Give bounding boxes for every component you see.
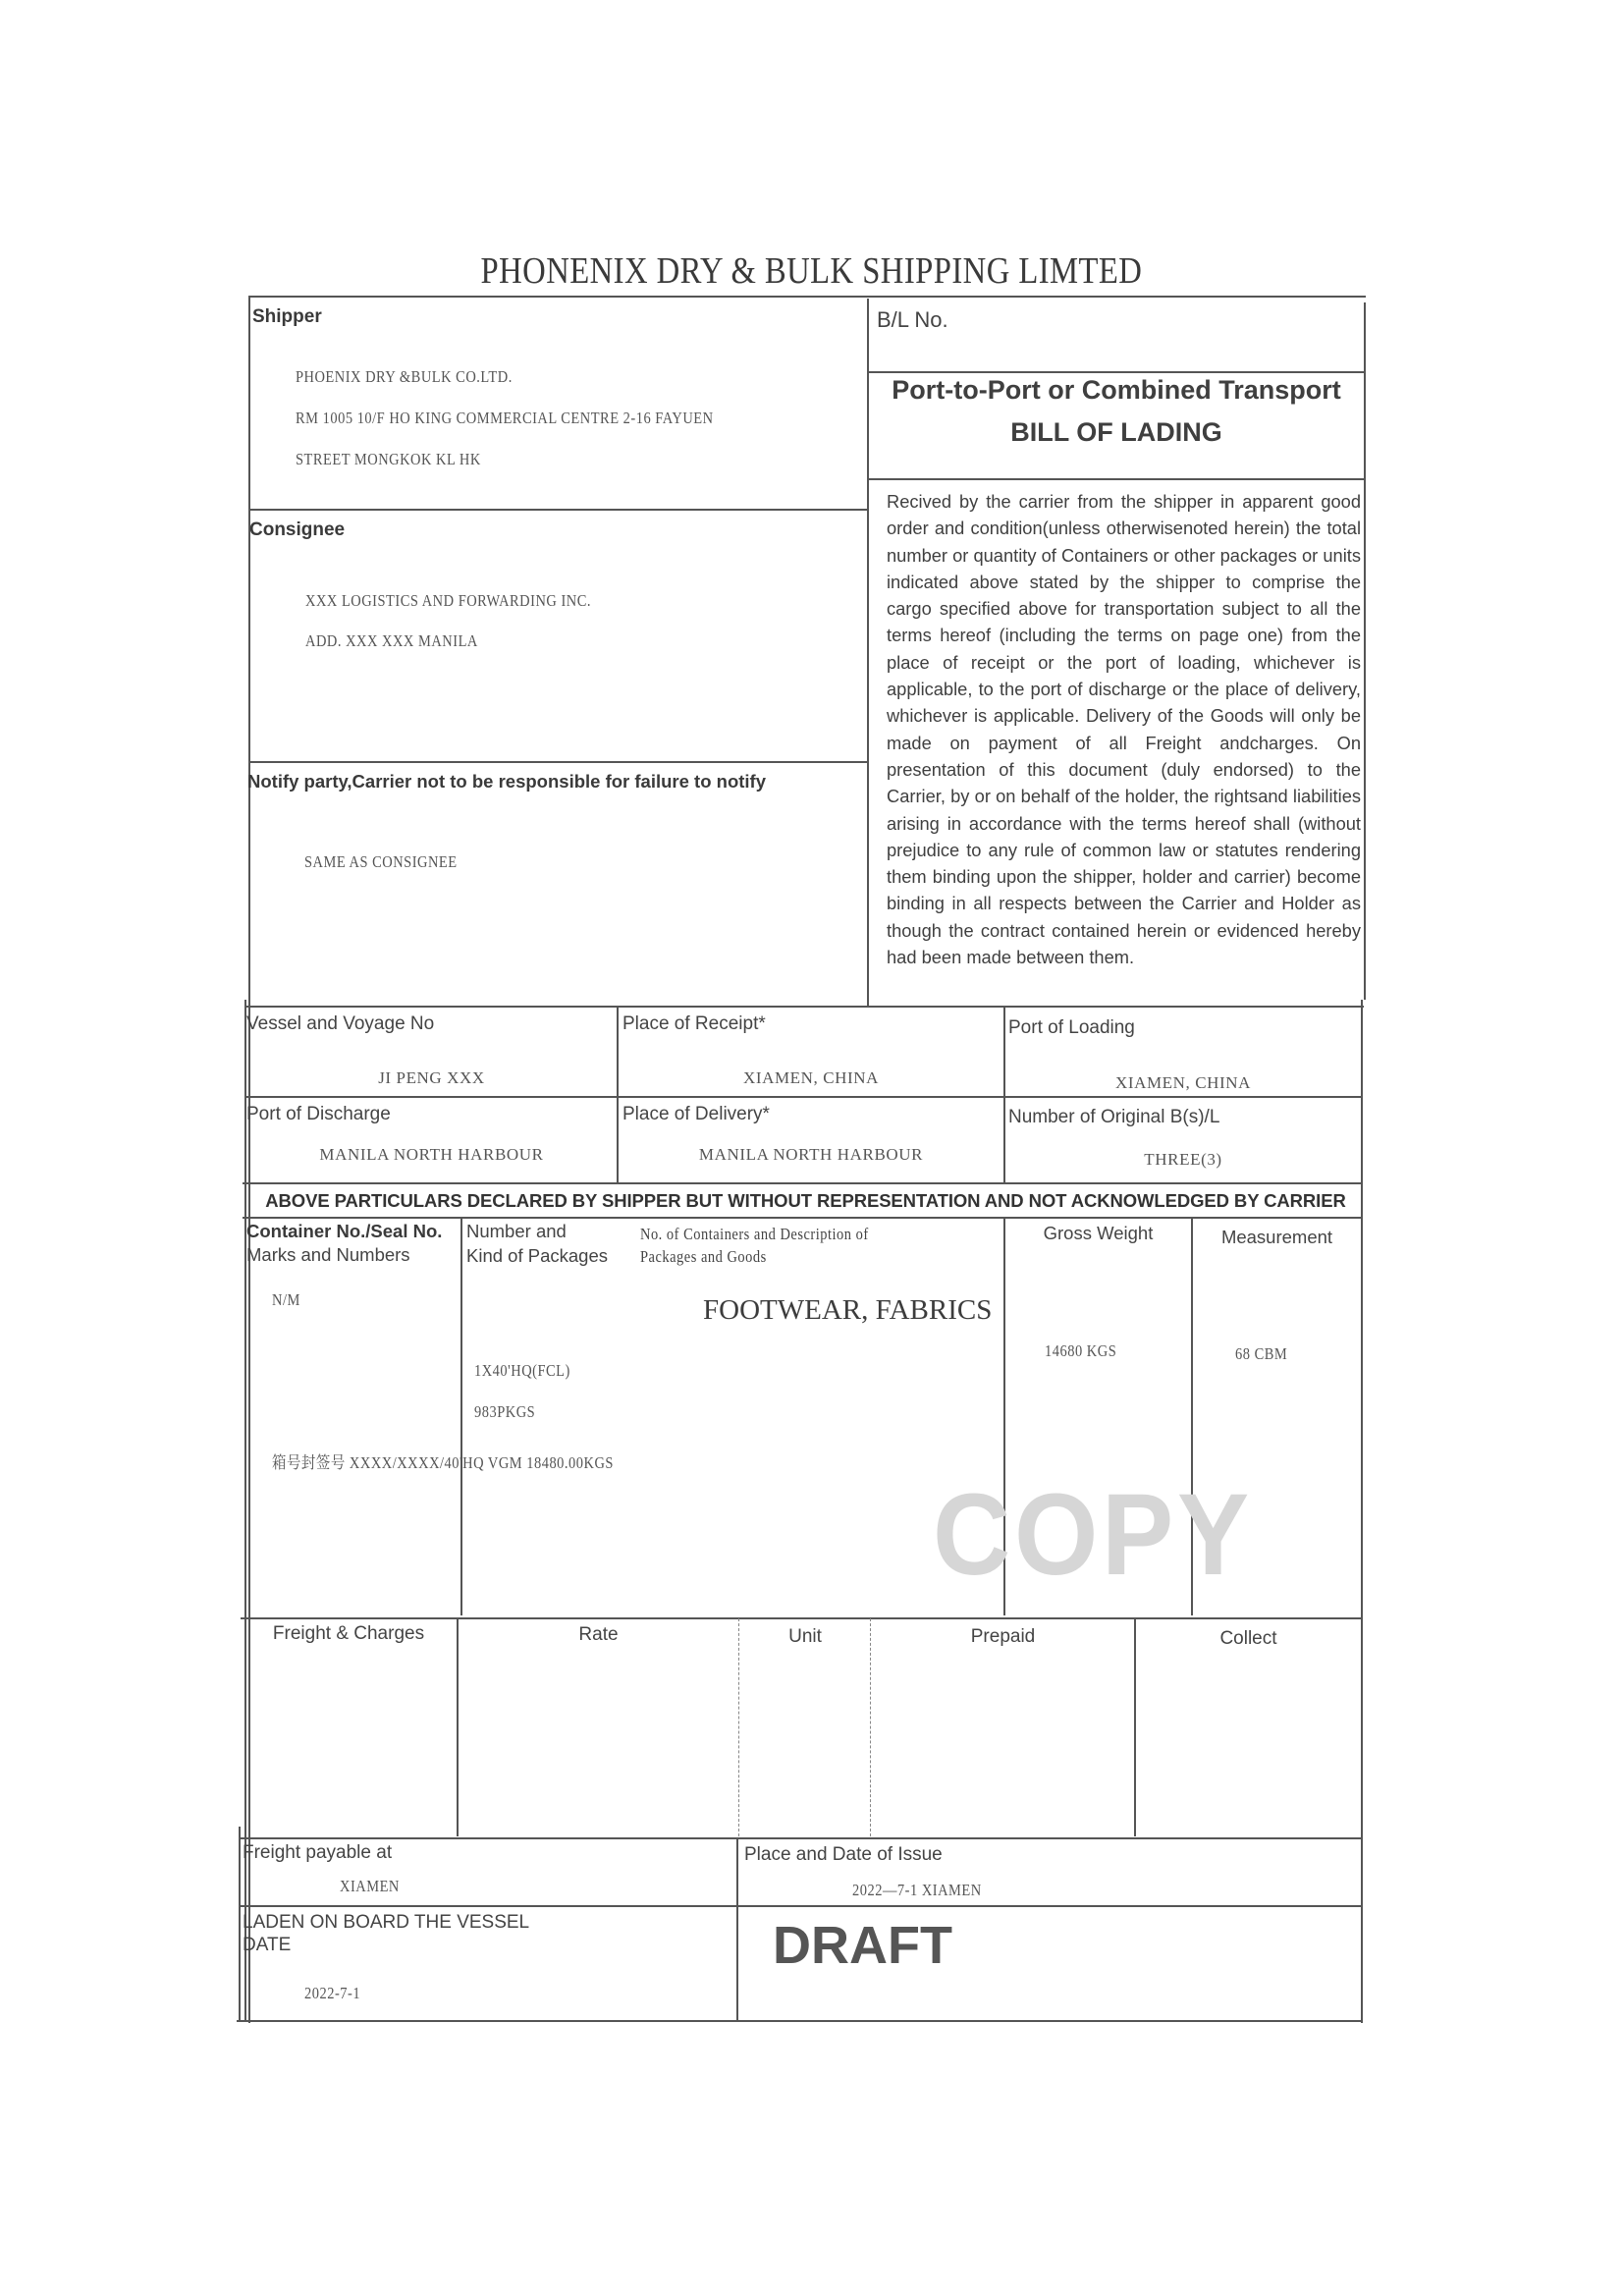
- freight-payable-value: XIAMEN: [340, 1877, 400, 1896]
- unit-header: Unit: [740, 1626, 870, 1648]
- prepaid-header: Prepaid: [872, 1626, 1134, 1648]
- container-quantity: 1X40'HQ(FCL): [474, 1361, 570, 1381]
- port-of-discharge-value: MANILA NORTH HARBOUR: [246, 1145, 617, 1165]
- place-of-delivery-label: Place of Delivery*: [622, 1104, 770, 1125]
- container-seal-line: 箱号封签号 XXXX/XXXX/40'HQ VGM 18480.00KGS: [272, 1449, 614, 1473]
- container-header-line-2: Marks and Numbers: [246, 1244, 410, 1266]
- place-of-receipt-label: Place of Receipt*: [622, 1013, 766, 1035]
- issue-value: 2022—7-1 XIAMEN: [852, 1881, 982, 1900]
- notify-party-label: Notify party,Carrier not to be responsib…: [247, 771, 766, 793]
- consignee-address: ADD. XXX XXX MANILA: [305, 631, 478, 651]
- particulars-notice: ABOVE PARTICULARS DECLARED BY SHIPPER BU…: [248, 1190, 1363, 1212]
- place-of-delivery-value: MANILA NORTH HARBOUR: [619, 1145, 1003, 1165]
- freight-charges-header: Freight & Charges: [241, 1623, 457, 1645]
- original-bls-label: Number of Original B(s)/L: [1008, 1107, 1219, 1128]
- draft-stamp: DRAFT: [773, 1915, 952, 1976]
- goods-description: FOOTWEAR, FABRICS: [703, 1294, 992, 1327]
- bill-of-lading-heading: BILL OF LADING: [870, 417, 1363, 448]
- shipper-address-line-1: RM 1005 10/F HO KING COMMERCIAL CENTRE 2…: [296, 409, 714, 428]
- gross-weight-header: Gross Weight: [1005, 1223, 1191, 1244]
- vessel-voyage-value: JI PENG XXX: [246, 1068, 617, 1088]
- rate-header: Rate: [459, 1624, 738, 1646]
- laden-label-line-1: LADEN ON BOARD THE VESSEL: [243, 1912, 529, 1934]
- collect-header: Collect: [1136, 1628, 1361, 1650]
- original-bls-value: THREE(3): [1005, 1150, 1361, 1170]
- shipper-label: Shipper: [252, 306, 322, 328]
- terms-and-conditions: Recived by the carrier from the shipper …: [887, 488, 1361, 970]
- port-of-loading-value: XIAMEN, CHINA: [1005, 1073, 1361, 1093]
- port-of-discharge-label: Port of Discharge: [246, 1104, 391, 1125]
- packages-header-line-2: Kind of Packages: [466, 1245, 608, 1267]
- marks-value: N/M: [272, 1290, 300, 1310]
- vessel-voyage-label: Vessel and Voyage No: [246, 1013, 434, 1035]
- shipper-name: PHOENIX DRY &BULK CO.LTD.: [296, 367, 513, 387]
- description-header-line-1: No. of Containers and Description of: [640, 1225, 869, 1244]
- transport-heading: Port-to-Port or Combined Transport: [870, 375, 1363, 406]
- shipper-address-line-2: STREET MONGKOK KL HK: [296, 450, 481, 469]
- bl-no-label: B/L No.: [877, 307, 948, 333]
- consignee-name: XXX LOGISTICS AND FORWARDING INC.: [305, 591, 591, 611]
- measurement-value: 68 CBM: [1235, 1344, 1287, 1364]
- port-of-loading-label: Port of Loading: [1008, 1017, 1135, 1039]
- place-of-receipt-value: XIAMEN, CHINA: [619, 1068, 1003, 1088]
- company-title: PHONENIX DRY & BULK SHIPPING LIMTED: [114, 249, 1510, 293]
- packages-count: 983PKGS: [474, 1402, 535, 1422]
- gross-weight-value: 14680 KGS: [1045, 1341, 1116, 1361]
- description-header-line-2: Packages and Goods: [640, 1247, 767, 1267]
- freight-payable-label: Freight payable at: [243, 1842, 392, 1864]
- laden-label-line-2: DATE: [243, 1935, 291, 1956]
- notify-party-value: SAME AS CONSIGNEE: [304, 852, 458, 872]
- packages-header-line-1: Number and: [466, 1221, 567, 1242]
- container-header-line-1: Container No./Seal No.: [246, 1221, 442, 1242]
- measurement-header: Measurement: [1193, 1227, 1361, 1248]
- copy-watermark: COPY: [933, 1468, 1253, 1602]
- issue-label: Place and Date of Issue: [744, 1844, 943, 1866]
- consignee-label: Consignee: [249, 519, 345, 541]
- laden-date-value: 2022-7-1: [304, 1984, 360, 2003]
